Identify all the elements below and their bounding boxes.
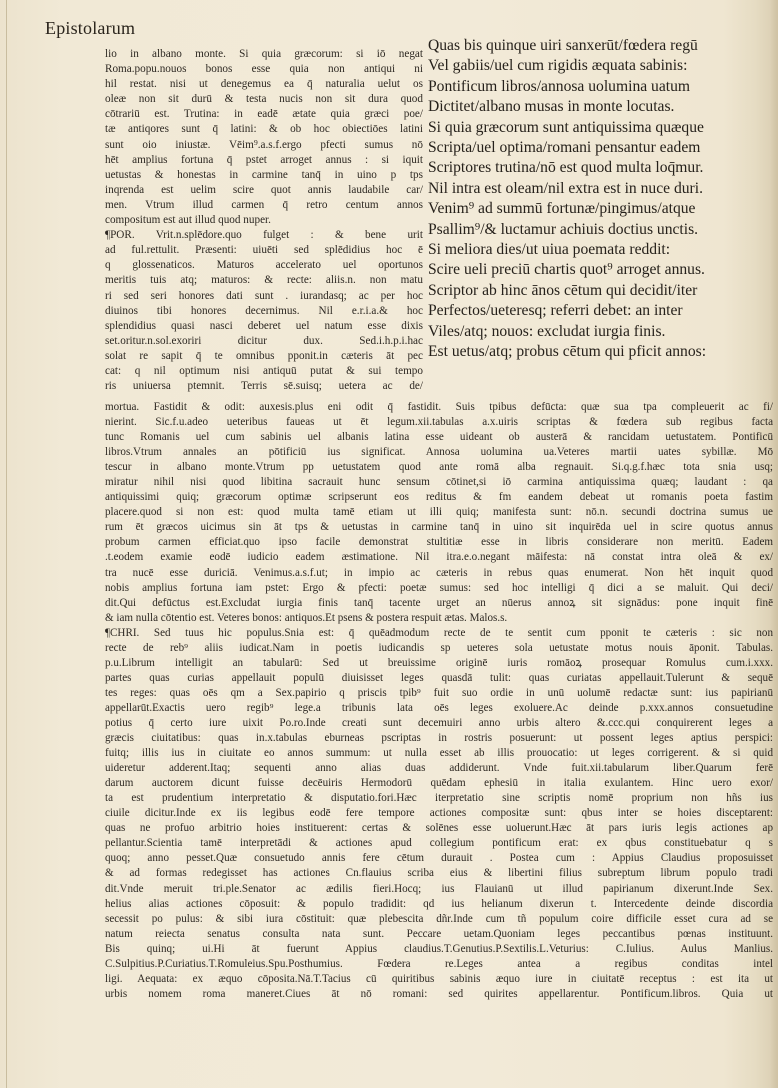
commentary-line: ad ful.rettulit. Præsenti: uiuēti sed sp… — [105, 243, 423, 258]
verse-line: Scriptor ab hinc ānos cētum qui decidit/… — [428, 281, 773, 301]
verse-line: Scire ueli preciū chartis quot⁹ arroget … — [428, 260, 773, 280]
commentary-line: ligi. Aequata: ex æquo cōposita.Nā.T.Tac… — [105, 972, 773, 987]
commentary-full-width-block: mortua. Fastidit & odit: auxesis.plus en… — [105, 400, 773, 1002]
verse-line: Pontificum libros/annosa uolumina uatum — [428, 77, 773, 97]
commentary-line: quoq; anno pesset.Quæ consuetudo annis f… — [105, 851, 773, 866]
commentary-line: hēt amplius fortuna q̄ pstet arroget ann… — [105, 153, 423, 168]
verse-line: Viles/atq; nouos: excludat iurgia finis. — [428, 322, 773, 342]
commentary-column-upper-left: lio in albano monte. Si quia græcorum: s… — [105, 47, 423, 394]
verse-line: Dictitet/albano musas in monte locutas. — [428, 97, 773, 117]
verse-line: Si meliora dies/ut uiua poemata reddit: — [428, 240, 773, 260]
commentary-line: tæ antiqores sunt q̄ latini: & ob hoc ob… — [105, 122, 423, 137]
verse-line: Est uetus/atq; probus cētum qui pficit a… — [428, 342, 773, 362]
commentary-line: sunt oio iniustæ. Vēim⁹.a.s.f.ergo pfect… — [105, 138, 423, 153]
commentary-line: meritis tuis atq; maturos: & recte: alii… — [105, 273, 423, 288]
verse-line: Vel gabiis/uel cum rigidis æquata sabini… — [428, 56, 773, 76]
commentary-line: cat: q nil optimum nisi antiquū putat & … — [105, 364, 423, 379]
commentary-line: Roma.popu.nouos bonos esse quia non anti… — [105, 62, 423, 77]
commentary-line: ¶CHRI. Sed tuus hic populus.Snia est: q̄… — [105, 626, 773, 641]
commentary-line: tra nucē esse duriciā. Venimus.a.s.f.ut;… — [105, 566, 773, 581]
commentary-line: hil restat. nisi ut denegemus ea q̄ natu… — [105, 77, 423, 92]
commentary-line: ri sed seri honores dati sunt . iurandas… — [105, 289, 423, 304]
commentary-line: quas ne profuo arbitrio hoies instituere… — [105, 821, 773, 836]
commentary-line: potius q̄ certo iure uixit Po.ro.Inde cr… — [105, 716, 773, 731]
commentary-line: splendidius quasi nasci deberet uel natu… — [105, 319, 423, 334]
commentary-line: dit.Qui defūctus est.Excludat iurgia fin… — [105, 596, 773, 611]
verse-line: Scriptores trutina/nō est quod multa loq… — [428, 158, 773, 178]
commentary-line: inqrenda est uelim scire quot annis laud… — [105, 183, 423, 198]
commentary-line: placere.quod si non est: quod multa tamē… — [105, 505, 773, 520]
commentary-line: libros.Vtrum annales an pōtificiū ius si… — [105, 445, 773, 460]
commentary-line: antiquissimi quiq; græcorum optimæ scrip… — [105, 490, 773, 505]
commentary-line: darum auctorem dicunt fuisse decēuiris H… — [105, 776, 773, 791]
commentary-line: probum carmen efficiat.quo ipso facile d… — [105, 535, 773, 550]
commentary-line: ris uniuersa ptemnit. Terris sē.suisq; u… — [105, 379, 423, 394]
verse-line: Quas bis quinque uiri sanxerūt/fœdera re… — [428, 36, 773, 56]
verse-line: Perfectos/ueteresq; referri debet: an in… — [428, 301, 773, 321]
page-gutter-edge — [6, 0, 7, 1088]
commentary-line: ta est prudentium interpretatio & disput… — [105, 791, 773, 806]
commentary-line: q glossenaticos. Maturos accelerato uel … — [105, 258, 423, 273]
verse-line: Psallim⁹/& luctamur achiuis doctius unct… — [428, 220, 773, 240]
verse-line: Venim⁹ ad summū fortunæ/pingimus/atque — [428, 199, 773, 219]
commentary-line: natum reiecta senatus consulta nata sunt… — [105, 927, 773, 942]
commentary-line: lio in albano monte. Si quia græcorum: s… — [105, 47, 423, 62]
commentary-line: urbis nomem roma maneret.Ciues āt nō rom… — [105, 987, 773, 1002]
commentary-line: nierint. Sic.f.u.adeo ueteribus faueas u… — [105, 415, 773, 430]
commentary-line: græcis ciuitatibus: quas in.x.tabulas eb… — [105, 731, 773, 746]
commentary-line: oleæ non sit durū & testa nucis non sit … — [105, 92, 423, 107]
commentary-line: tunc Romanis uel cum sabinis uel albanis… — [105, 430, 773, 445]
commentary-line: solat re sapit q̄ te omnibus pponit.in c… — [105, 349, 423, 364]
scanned-book-page: Epistolarum lio in albano monte. Si quia… — [0, 0, 778, 1088]
verse-line: Scripta/uel optima/romani pensantur eade… — [428, 138, 773, 158]
commentary-line: & ad formas redegisset has actiones Cn.f… — [105, 866, 773, 881]
commentary-line: diuinos tibi honores decernimus. Nil e.r… — [105, 304, 423, 319]
commentary-line: cōtrariū est. Trutina: in eadē ætate qui… — [105, 107, 423, 122]
commentary-line: uideretur adderent.Itaq; sequenti anno a… — [105, 761, 773, 776]
verse-text-column: Quas bis quinque uiri sanxerūt/fœdera re… — [428, 36, 773, 363]
commentary-line: secessit po pulus: & sibi iura cōstituit… — [105, 912, 773, 927]
commentary-line: compositum est aut illud quod nuper. — [105, 213, 423, 228]
commentary-line: set.oritur.n.sol.exoriri dicitur dux. Se… — [105, 334, 423, 349]
commentary-line: p.u.Librum intelligit an tabularū: Sed u… — [105, 656, 773, 671]
commentary-line: dit.Vnde meruit tri.ple.Senator ac ædili… — [105, 882, 773, 897]
commentary-line: ¶POR. Vrit.n.splēdore.quo fulget : & ben… — [105, 228, 423, 243]
commentary-line: ciuile dicitur.Inde ex iis legibus eodē … — [105, 806, 773, 821]
commentary-line: .t.eodem examie eodē iudicio eadem æstim… — [105, 550, 773, 565]
commentary-line: mortua. Fastidit & odit: auxesis.plus en… — [105, 400, 773, 415]
commentary-line: men. Vtrum illud carmen q̄ retro centum … — [105, 198, 423, 213]
commentary-line: nobis amplius fortuna iam pstet: Ergo & … — [105, 581, 773, 596]
commentary-line: fuitq; illis ius in ciuitate eo annos su… — [105, 746, 773, 761]
verse-line: Si quia græcorum sunt antiquissima quæqu… — [428, 118, 773, 138]
commentary-line: recte de reb⁹ aliis iudicat.Nam in poeti… — [105, 641, 773, 656]
commentary-line: miratur nihil nisi quod libitina sacraui… — [105, 475, 773, 490]
commentary-line: rum ēt græcos uicimus sin āt tps & uetus… — [105, 520, 773, 535]
running-head: Epistolarum — [45, 18, 135, 39]
commentary-line: tescur in albano monte.Vtrum pp uetustat… — [105, 460, 773, 475]
commentary-line: C.Sulpitius.P.Curiatius.T.Romuleius.Spu.… — [105, 957, 773, 972]
commentary-line: appellarūt.Exactis uero regib⁹ lege.a tr… — [105, 701, 773, 716]
commentary-line: uetustas & honestas in carmine tanq̄ in … — [105, 168, 423, 183]
commentary-line: & iam nulla cōtentio est. Veteres bonos:… — [105, 611, 773, 626]
commentary-line: partes quas curias appellauit populū diu… — [105, 671, 773, 686]
commentary-line: pellantur.Scientia tamē interpretādi & a… — [105, 836, 773, 851]
commentary-line: helius alias actiones cōposuit: & populo… — [105, 897, 773, 912]
commentary-line: Bis quinq; ui.Hi āt fuerunt Appius claud… — [105, 942, 773, 957]
verse-line: Nil intra est oleam/nil extra est in nuc… — [428, 179, 773, 199]
commentary-line: tes reges: quas oēs qm a Sex.papirio q p… — [105, 686, 773, 701]
